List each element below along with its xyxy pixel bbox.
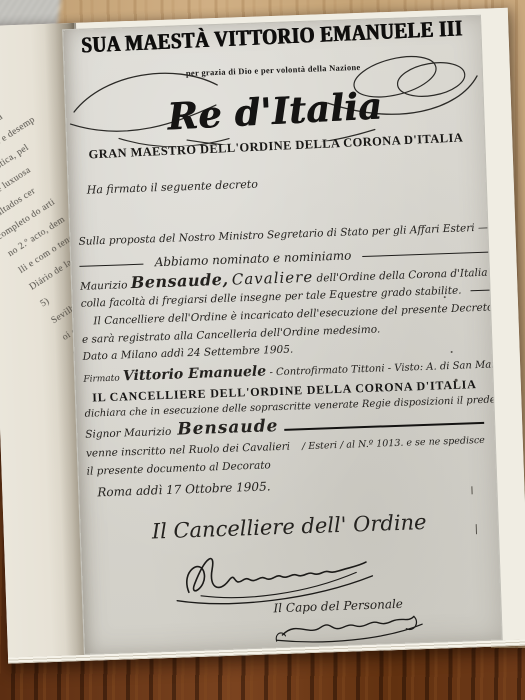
signor-label: Signor Maurizio [85,426,171,441]
capo-signature-icon [270,610,441,648]
photo-of-open-book: a seguinte crítica interpretando e desem… [0,0,525,700]
paper-speck [444,296,446,298]
rome-date-line: Roma addì 17 Ottobre 1905. [97,479,271,499]
paper-speck [455,379,458,382]
open-book: a seguinte crítica interpretando e desem… [0,8,525,664]
enrollment-detail: / Esteri / al N.º 1013. e se ne spedisce [302,435,485,452]
proposal-line: Sulla proposta del Nostro Ministro Segre… [78,222,477,248]
proposal-text: Sulla proposta del Nostro Ministro Segre… [78,222,488,248]
decree-intro: Ha firmato il seguente decreto [87,178,258,197]
countersign-text: - Controfirmato Tittoni - Visto: A. di S… [269,358,502,378]
nominee-first-name: Maurizio [80,279,128,293]
nominee-surname: Bensaude, [130,270,228,292]
decree-facsimile: SUA MAESTÀ VITTORIO EMANUELE III per gra… [62,15,503,655]
milan-date-text: Dato a Milano addì 24 Settembre 1905. [82,343,293,362]
order-name: dell'Ordine della Corona d'Italia [316,267,487,285]
nominee-rank: Cavaliere [232,268,314,289]
signed-label: Firmato [83,374,120,385]
thick-rule-line [284,421,484,431]
surname-large: Bensaude [177,416,279,440]
rule-line [363,251,491,257]
rule-line [79,263,143,267]
chancellor-closing-title: Il Cancelliere dell' Ordine [80,507,498,546]
king-signature-name: Vittorio Emanuele [123,363,267,384]
enrollment-text: venne inscritto nel Ruolo dei Cavalieri [86,441,290,460]
paper-mark [471,486,472,494]
dispatch-text: il presente documento al Decorato [86,459,271,477]
paper-speck [451,351,453,353]
